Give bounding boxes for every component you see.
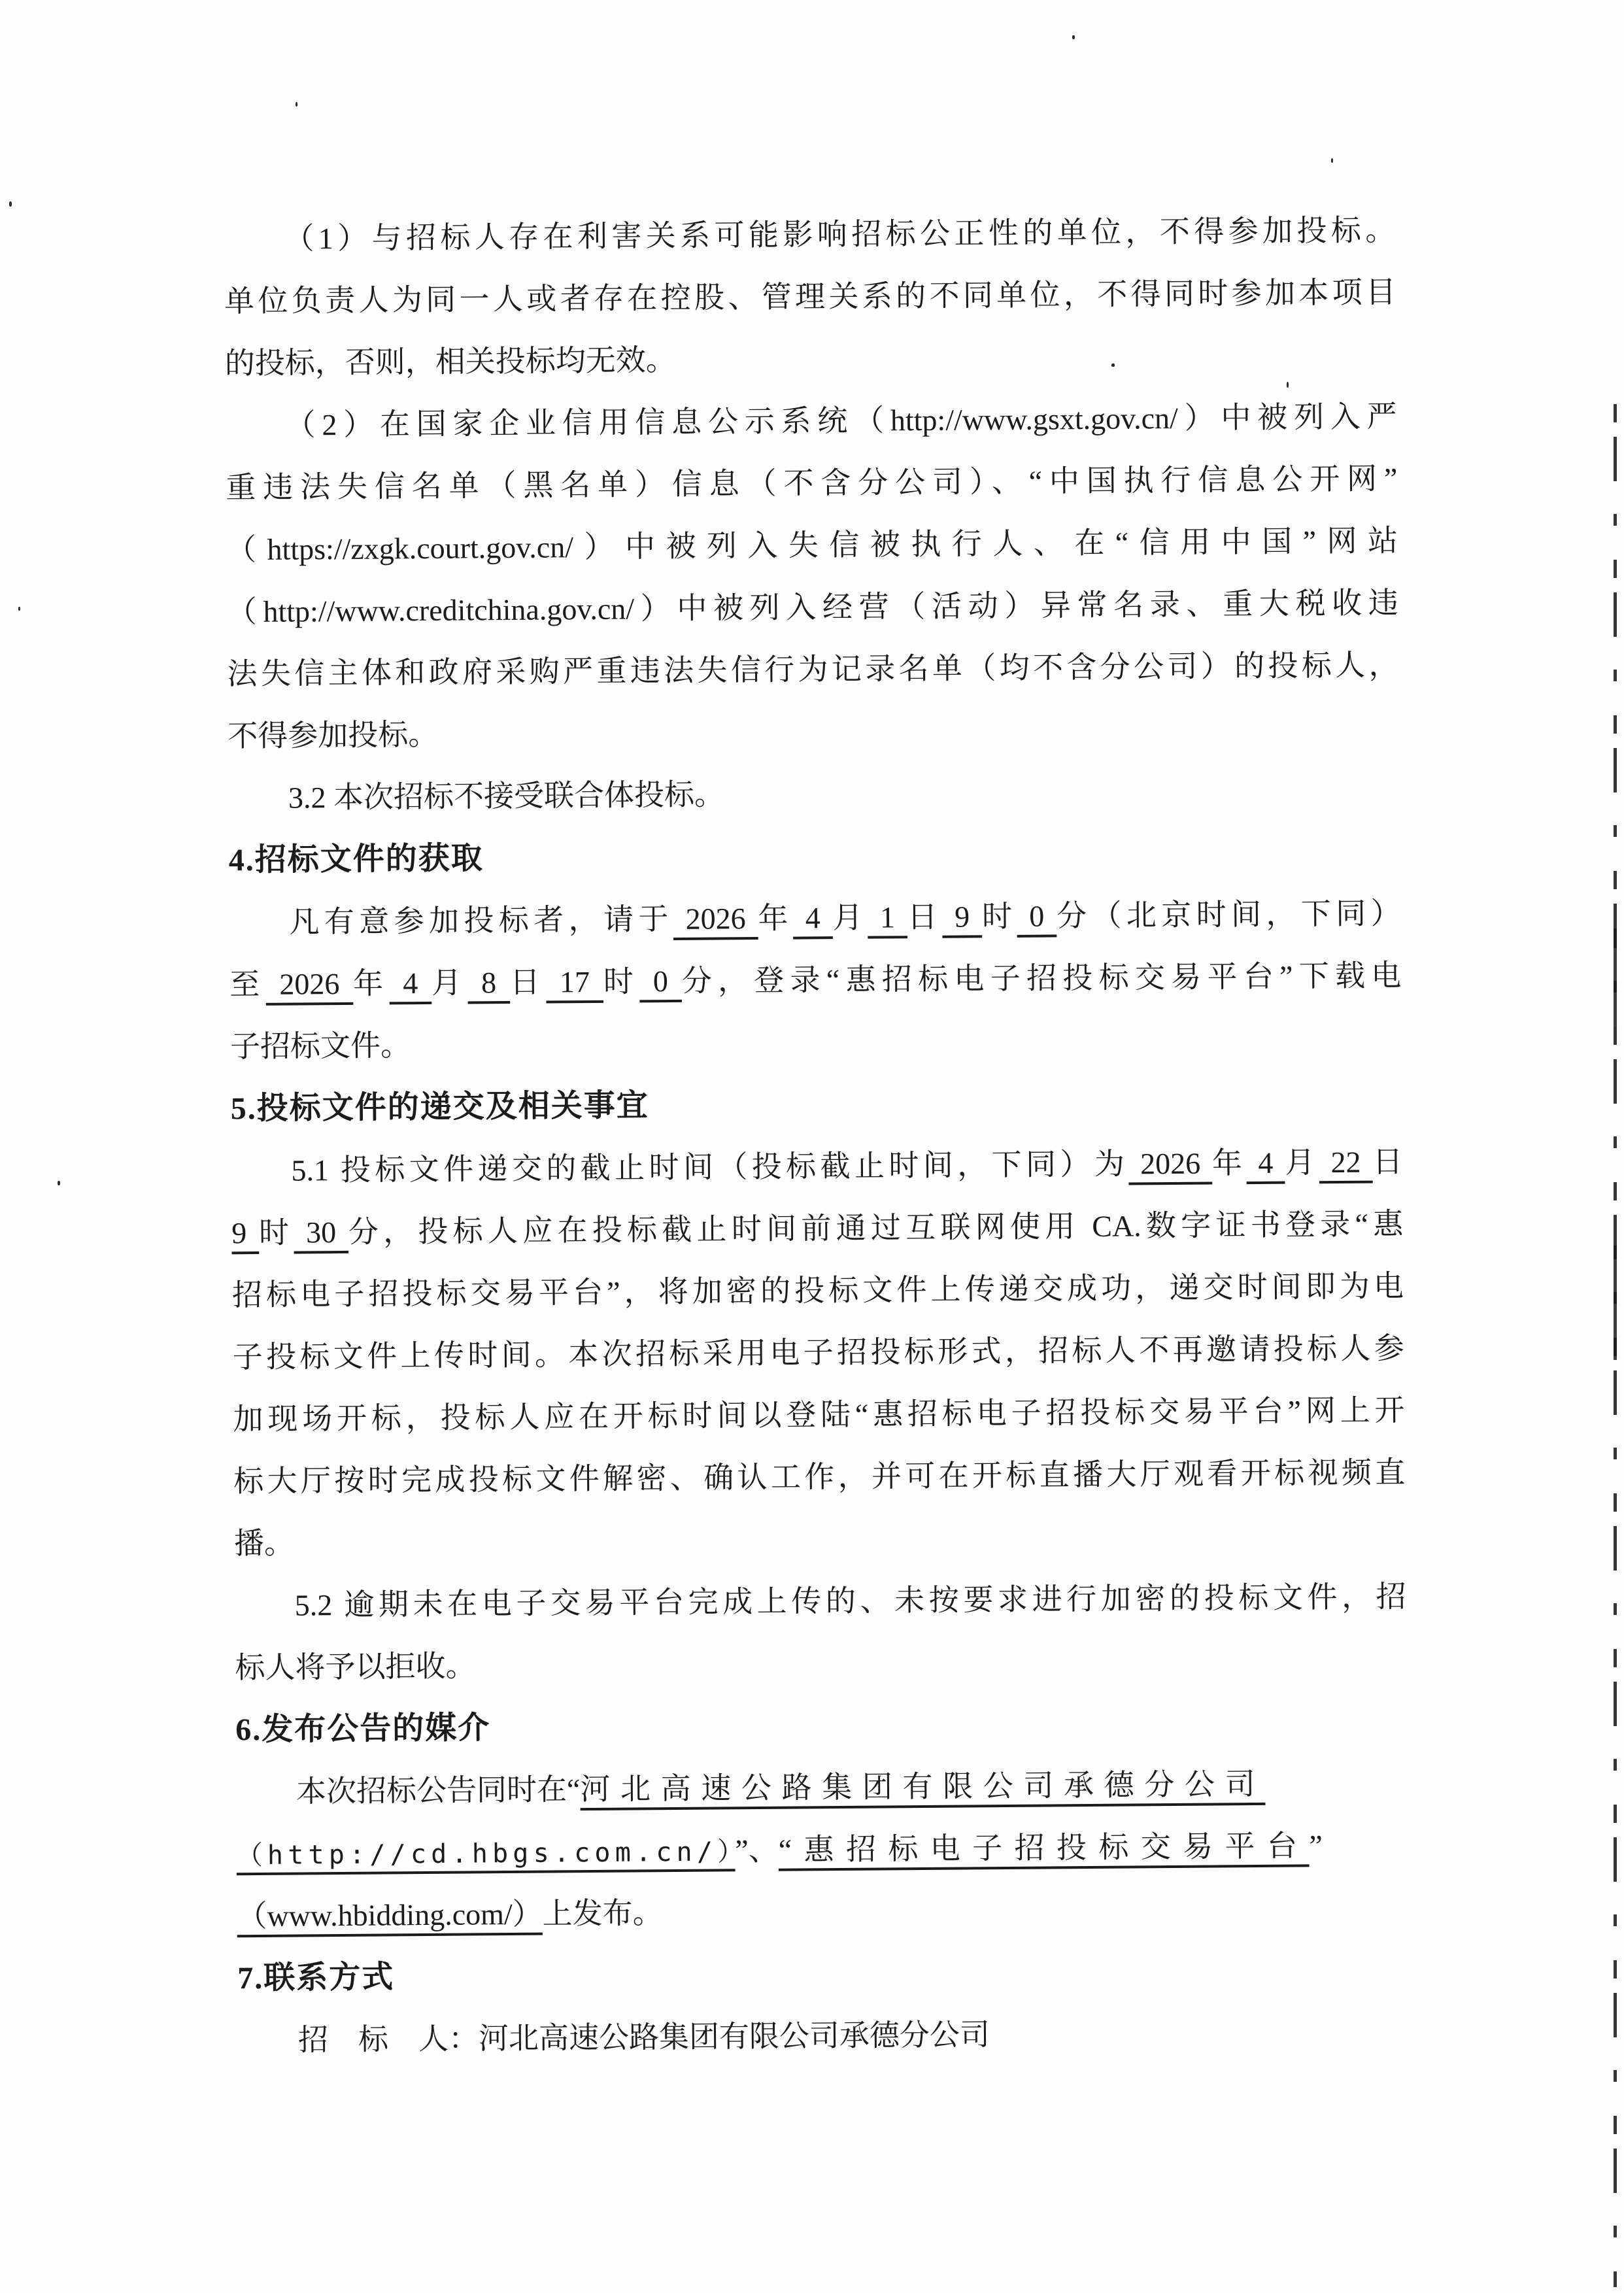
text-run: 招 标 人：河北高速公路集团有限公司承德分公司 [298, 2018, 990, 2056]
text-run: 单位负责人为同一人或者存在控股、管理关系的不同单位，不得同时参加本项目 [224, 275, 1396, 318]
text-run: 时 [603, 964, 640, 998]
text-run: 分，登录“惠招标电子招投标交易平台”下载电 [682, 959, 1402, 998]
text-run: https://zxgk.court.gov.cn/ [267, 530, 573, 566]
document-line: 招标电子招投标交易平台”，将加密的投标文件上传递交成功，递交时间即为电 [232, 1255, 1404, 1326]
underlined-text: 2026 [265, 967, 353, 1001]
scan-speck [18, 607, 20, 611]
underlined-text: “惠招标电子招投标交易平台 [779, 1829, 1310, 1866]
text-run: 7.联系方式 [237, 1960, 394, 1996]
document-line: 法失信主体和政府采购严重违法失信行为记录名单（均不含分公司）的投标人， [227, 634, 1399, 705]
document-line: 至 2026 年 4 月 8 日 17 时 0 分，登录“惠招标电子招投标交易平… [229, 944, 1402, 1015]
text-run: 年 [758, 902, 793, 935]
scan-speck [9, 201, 12, 207]
text-run: 的投标，否则，相关投标均无效。 [225, 343, 676, 380]
text-run: 凡有意参加投标者，请于 [289, 902, 673, 939]
underlined-text: 30 [294, 1215, 348, 1249]
underlined-text: 4 [793, 901, 833, 934]
text-run: （ [227, 595, 263, 628]
underlined-text: 4 [389, 966, 431, 1000]
underlined-text: 河北高速公路集团有限公司承德分公司 [580, 1767, 1265, 1806]
document-line: 5.2 逾期未在电子交易平台完成上传的、未按要求进行加密的投标文件，招 [234, 1565, 1406, 1637]
document-line: 加现场开标，投标人应在开标时间以登陆“惠招标电子招投标交易平台”网上开 [233, 1379, 1405, 1450]
scanned-page: （1）与招标人存在利害关系可能影响招标公正性的单位，不得参加投标。单位负责人为同… [0, 0, 1624, 2293]
text-run: ” [735, 1833, 749, 1867]
text-run: 月 [832, 901, 868, 934]
text-run: ）中被列入失信被执行人、在“信用中国”网站 [573, 524, 1398, 564]
text-run: 3.2 本次招标不接受联合体投标。 [288, 777, 724, 814]
scan-artifact-line-segment [1614, 928, 1617, 1027]
scan-speck [296, 102, 297, 107]
document-line: 凡有意参加投标者，请于 2026 年 4 月 1 日 9 时 0 分（北京时间，… [229, 882, 1401, 953]
document-line: 子招标文件。 [230, 1006, 1402, 1078]
section-heading: 7.联系方式 [237, 1938, 1410, 2009]
text-run: 法失信主体和政府采购严重违法失信行为记录名单（均不含分公司）的投标人， [227, 648, 1398, 690]
underlined-text: 0 [639, 964, 682, 998]
text-run: 加现场开标，投标人应在开标时间以登陆“惠招标电子招投标交易平台”网上开 [233, 1393, 1404, 1436]
section-heading: 5.投标文件的递交及相关事宜 [230, 1068, 1402, 1140]
underlined-text: 2026 [673, 902, 758, 936]
text-run: 5.2 逾期未在电子交易平台完成上传的、未按要求进行加密的投标文件，招 [295, 1580, 1406, 1622]
text-run: 招标电子招投标交易平台”，将加密的投标文件上传递交成功，递交时间即为电 [232, 1269, 1404, 1312]
document-line: 9 时 30 分，投标人应在投标截止时间前通过互联网使用 CA.数字证书登录“惠 [231, 1193, 1404, 1264]
text-run: 日 [1372, 1145, 1402, 1178]
document-line: （www.hbidding.com/）上发布。 [237, 1876, 1409, 1947]
document-line: 标人将予以拒收。 [235, 1627, 1407, 1699]
text-run: （ [226, 533, 267, 566]
underlined-text: 9 [942, 900, 982, 933]
scan-speck [58, 1181, 60, 1185]
text-run: （2）在国家企业信用信息公示系统（ [285, 403, 890, 441]
scan-speck [1072, 35, 1075, 39]
underlined-text: 4 [1246, 1146, 1285, 1180]
text-run: http://www.gsxt.gov.cn/ [890, 401, 1178, 437]
section-heading: 6.发布公告的媒介 [235, 1690, 1408, 1761]
text-run: 分，投标人应在投标截止时间前通过互联网使用 CA.数字证书登录“惠 [348, 1207, 1404, 1249]
underlined-text: （www.hbidding.com/） [237, 1897, 543, 1933]
text-run: 月 [431, 966, 468, 999]
underlined-text: 8 [467, 966, 510, 1000]
text-run: 4.招标文件的获取 [229, 841, 484, 877]
text-run: http://www.creditchina.gov.cn/ [263, 592, 634, 628]
document-line: （https://zxgk.court.gov.cn/）中被列入失信被执行人、在… [226, 509, 1398, 581]
text-run: ” [1309, 1829, 1323, 1862]
document-text: （1）与招标人存在利害关系可能影响招标公正性的单位，不得参加投标。单位负责人为同… [224, 199, 1410, 2071]
text-run: ）中被列入经营（活动）异常名录、重大税收违 [634, 586, 1398, 625]
text-run: 日 [907, 900, 943, 934]
section-heading: 4.招标文件的获取 [228, 820, 1400, 891]
document-line: 招 标 人：河北高速公路集团有限公司承德分公司 [238, 2000, 1410, 2071]
scan-artifact-line-segment [1614, 1246, 1617, 1360]
document-line: 本次招标公告同时在“河北高速公路集团有限公司承德分公司 [236, 1752, 1408, 1823]
document-line: 重违法失信名单（黑名单）信息（不含分公司）、“中国执行信息公开网” [226, 447, 1398, 518]
document-line: 子投标文件上传时间。本次招标采用电子招投标形式，招标人不再邀请投标人参 [232, 1317, 1404, 1388]
underlined-text: 9 [231, 1216, 259, 1249]
document-line: 3.2 本次招标不接受联合体投标。 [228, 758, 1400, 829]
underlined-text: 17 [546, 965, 603, 999]
underlined-text: 0 [1017, 899, 1057, 932]
document-line: （2）在国家企业信用信息公示系统（http://www.gsxt.gov.cn/… [225, 385, 1397, 456]
text-run: 本次招标公告同时在“ [296, 1773, 581, 1808]
text-run: 至 [229, 968, 266, 1001]
text-run: 6.发布公告的媒介 [235, 1710, 490, 1747]
text-run: 时 [259, 1216, 294, 1249]
document-line: 标大厅按时完成投标文件解密、确认工作，并可在开标直播大厅观看开标视频直 [233, 1441, 1406, 1512]
underlined-text: （http://cd.hbgs.com.cn/） [237, 1837, 736, 1871]
text-run: 、 [749, 1833, 779, 1867]
text-run: 5.1 投标文件递交的截止时间（投标截止时间，下同）为 [291, 1147, 1128, 1187]
scan-speck [1111, 364, 1115, 367]
document-line: （http://cd.hbgs.com.cn/）”、“惠招标电子招投标交易平台” [236, 1814, 1408, 1885]
underlined-text: 2026 [1128, 1147, 1212, 1181]
text-run: 5.投标文件的递交及相关事宜 [231, 1088, 649, 1126]
text-run: 上发布。 [542, 1896, 662, 1930]
text-run: 不得参加投标。 [228, 718, 438, 753]
text-run: 年 [353, 966, 390, 1000]
scan-speck [1331, 158, 1333, 163]
text-run: 子投标文件上传时间。本次招标采用电子招投标形式，招标人不再邀请投标人参 [233, 1331, 1404, 1374]
text-run: 标人将予以拒收。 [235, 1649, 475, 1684]
document-line: 播。 [234, 1503, 1406, 1574]
text-run: 时 [982, 900, 1017, 933]
text-run: ）中被列入严 [1178, 399, 1397, 435]
underlined-text: 1 [868, 900, 907, 934]
text-run: 月 [1285, 1146, 1319, 1179]
document-line: 的投标，否则，相关投标均无效。 [224, 323, 1396, 394]
scan-speck [1287, 382, 1289, 388]
document-line: （1）与招标人存在利害关系可能影响招标公正性的单位，不得参加投标。 [224, 199, 1396, 270]
text-run: 标大厅按时完成投标文件解密、确认工作，并可在开标直播大厅观看开标视频直 [233, 1455, 1405, 1498]
text-run: 日 [510, 966, 547, 999]
underlined-text: 22 [1319, 1146, 1372, 1180]
document-line: （http://www.creditchina.gov.cn/）中被列入经营（活… [226, 571, 1398, 643]
text-run: 播。 [234, 1527, 294, 1561]
document-line: 不得参加投标。 [228, 696, 1400, 767]
text-run: 分（北京时间，下同） [1057, 896, 1401, 932]
text-run: 年 [1212, 1146, 1247, 1180]
text-run: （1）与招标人存在利害关系可能影响招标公正性的单位，不得参加投标。 [284, 213, 1395, 255]
document-line: 5.1 投标文件递交的截止时间（投标截止时间，下同）为 2026 年 4 月 2… [231, 1130, 1403, 1202]
document-line: 单位负责人为同一人或者存在控股、管理关系的不同单位，不得同时参加本项目 [224, 261, 1396, 332]
text-run: 子招标文件。 [230, 1028, 411, 1063]
text-run: 重违法失信名单（黑名单）信息（不含分公司）、“中国执行信息公开网” [226, 462, 1397, 504]
